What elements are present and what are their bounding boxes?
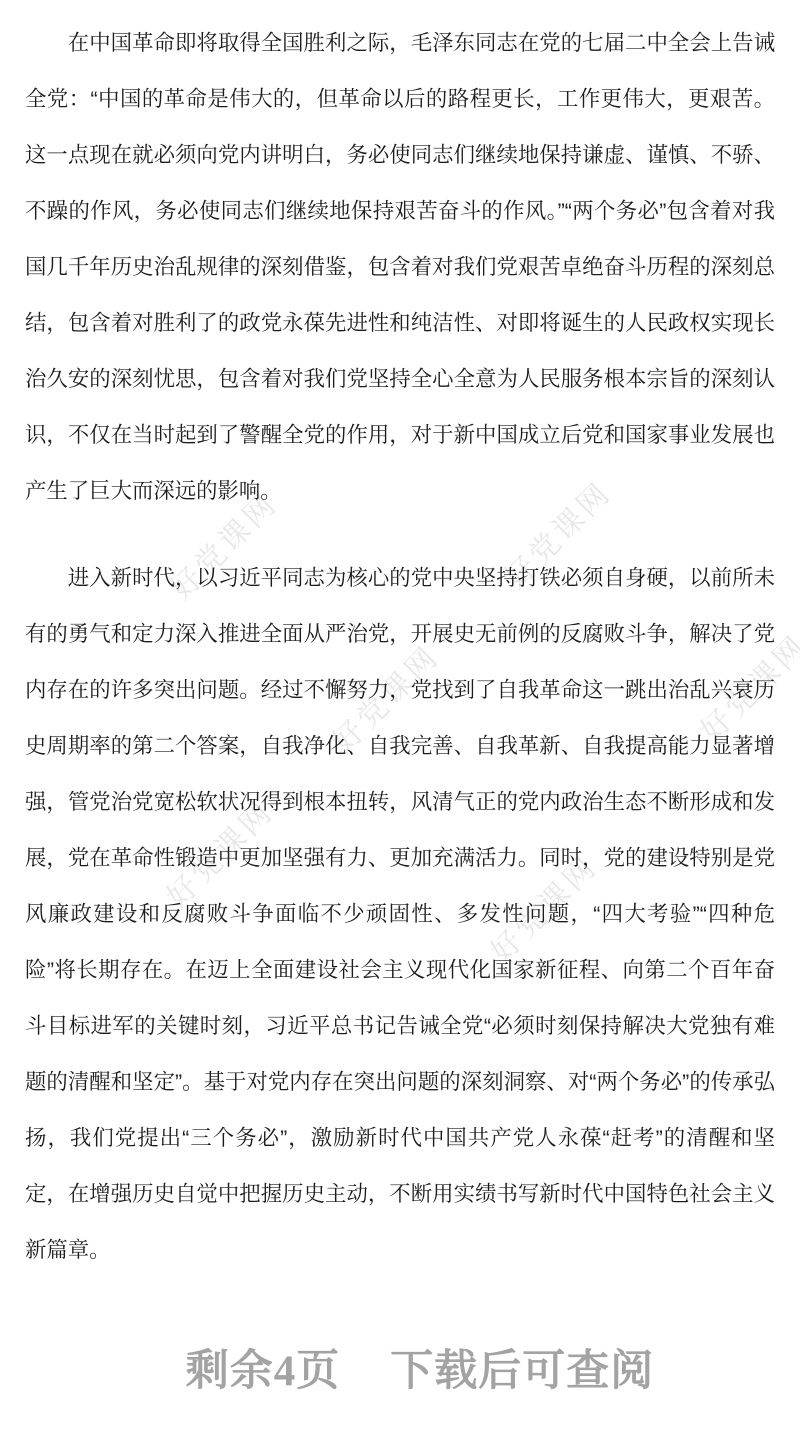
document-page: 好党课网 好党课网 好党课网 好党课网 好党课网 好党课网 在中国革命即将取得全… [0,0,800,1453]
paragraph-new-era: 进入新时代，以习近平同志为核心的党中央坚持打铁必须自身硬，以前所未有的勇气和定力… [25,550,775,1278]
remaining-pages-notice: 剩余4页下载后可查阅 [20,1346,800,1398]
remaining-pages-count: 剩余4页 [186,1348,341,1395]
download-hint: 下载后可查阅 [390,1348,654,1395]
document-body: 在中国革命即将取得全国胜利之际，毛泽东同志在党的七届二中全会上告诫全党：“中国的… [25,15,775,1278]
paragraph-two-musts-origin: 在中国革命即将取得全国胜利之际，毛泽东同志在党的七届二中全会上告诫全党：“中国的… [25,15,775,519]
